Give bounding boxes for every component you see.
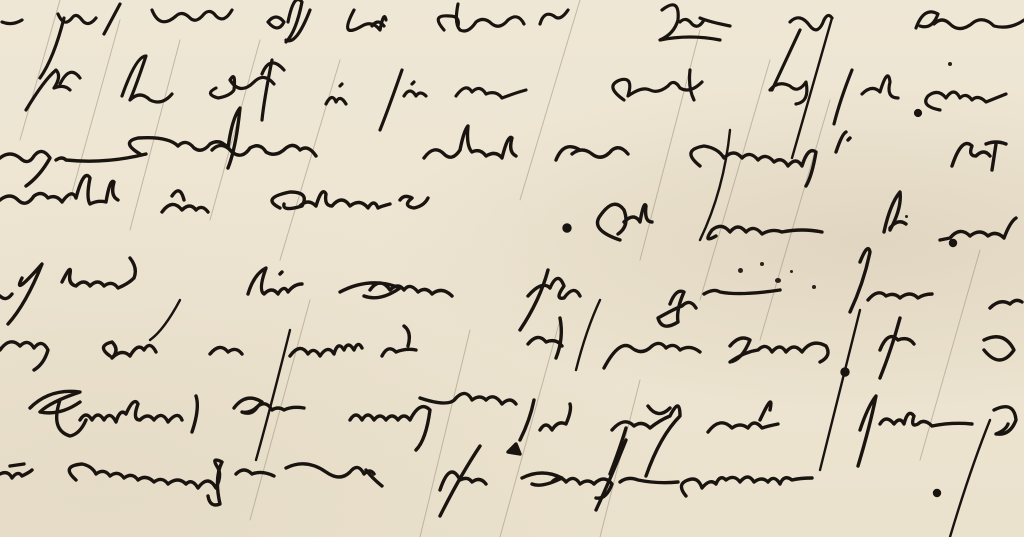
ink-speck xyxy=(738,268,743,273)
ink-speck xyxy=(790,270,793,273)
ink-line-4 xyxy=(0,176,1016,246)
ink-line-8 xyxy=(0,428,940,516)
ink-line-6 xyxy=(0,318,1014,378)
ink-speck xyxy=(760,262,764,266)
manuscript-page: the tyme of the decease. But saythe that… xyxy=(0,0,1024,537)
ink-speck xyxy=(812,285,816,289)
ink-line-1 xyxy=(2,0,1024,90)
handwriting-ink xyxy=(0,0,1024,537)
ink-speck xyxy=(775,278,781,283)
ink-line-5 xyxy=(0,249,1022,330)
ink-line-3 xyxy=(0,108,1006,186)
ink-line-7 xyxy=(30,391,1016,476)
ink-speck xyxy=(905,215,908,218)
ink-speck xyxy=(948,62,952,66)
